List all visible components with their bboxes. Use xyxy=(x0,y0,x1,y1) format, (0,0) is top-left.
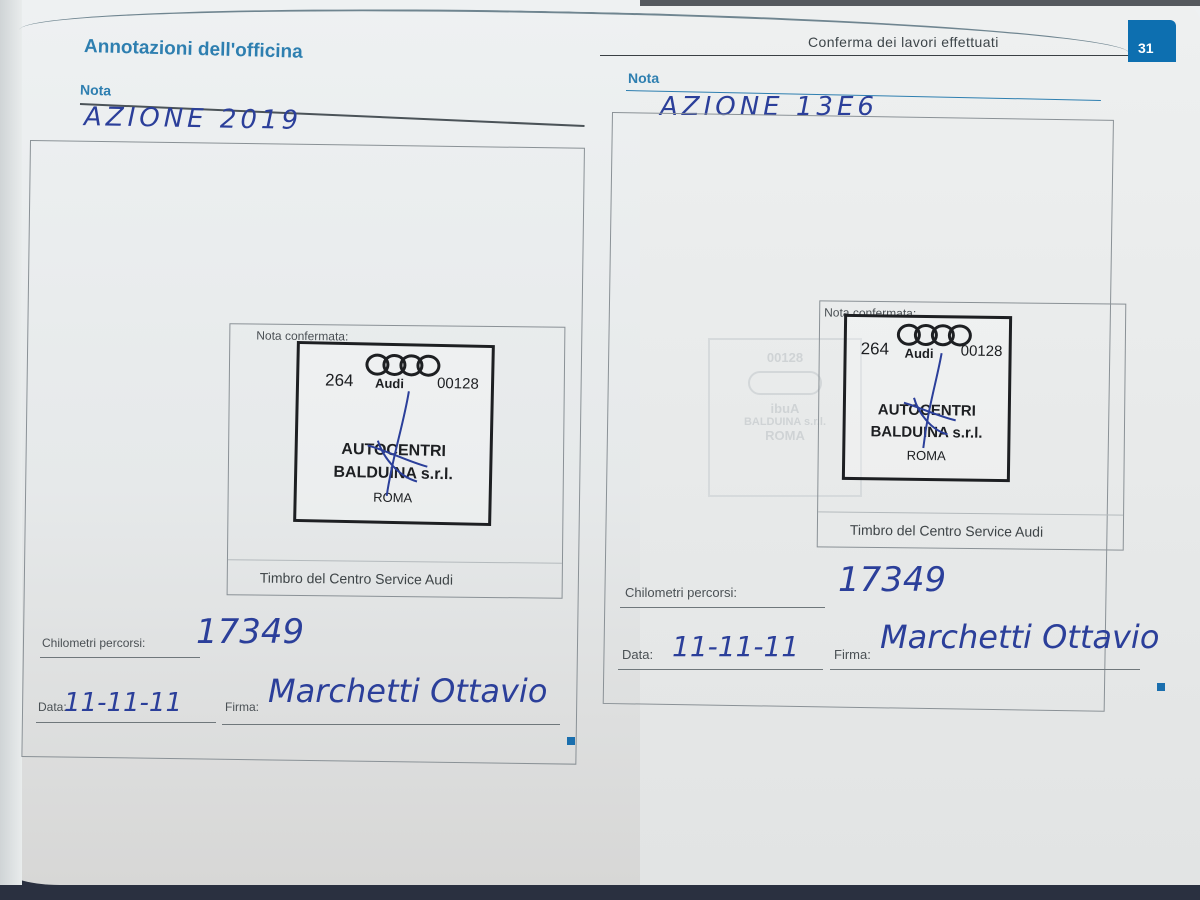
km-label: Chilometri percorsi: xyxy=(42,636,145,650)
signature-underline xyxy=(830,669,1140,670)
signature-underline xyxy=(222,724,560,725)
date-value: 11-11-11 xyxy=(64,688,182,718)
caption-divider xyxy=(818,511,1123,515)
dealer-stamp: 264 Audi 00128 AUTOCENTRI BALDUINA s.r.l… xyxy=(293,341,495,526)
signature-value: Marchetti Ottavio xyxy=(268,672,547,710)
dealer-stamp: 264 Audi 00128 AUTOCENTRI BALDUINA s.r.l… xyxy=(842,314,1012,482)
stamp-caption: Timbro del Centro Service Audi xyxy=(850,522,1043,540)
km-underline xyxy=(40,657,200,658)
stamp-code-right: 00128 xyxy=(961,342,1003,360)
date-label: Data: xyxy=(38,700,67,714)
booklet-page: Annotazioni dell'officina Conferma dei l… xyxy=(0,0,1200,885)
end-marker-icon xyxy=(1157,683,1165,691)
date-label: Data: xyxy=(622,647,653,662)
background-edge xyxy=(640,0,1200,6)
page-number: 31 xyxy=(1138,40,1154,56)
signature-value: Marchetti Ottavio xyxy=(880,618,1159,656)
stamp-code-left: 264 xyxy=(861,339,890,359)
caption-divider xyxy=(228,559,562,563)
header-rule xyxy=(600,55,1130,56)
km-value: 17349 xyxy=(838,560,946,600)
stamp-caption: Timbro del Centro Service Audi xyxy=(260,570,453,588)
signature-label: Firma: xyxy=(225,700,259,714)
initials-scribble-icon xyxy=(346,385,438,507)
date-underline xyxy=(618,669,823,670)
km-underline xyxy=(620,607,825,608)
km-value: 17349 xyxy=(196,612,304,652)
nota-value: AZIONE 2019 xyxy=(84,102,303,136)
signature-label: Firma: xyxy=(834,647,871,662)
end-marker-icon xyxy=(567,737,575,745)
stamp-code-right: 00128 xyxy=(437,375,479,393)
nota-label: Nota xyxy=(80,81,112,98)
page-number-tab: 31 xyxy=(1128,20,1176,62)
running-header: Conferma dei lavori effettuati xyxy=(808,34,999,50)
date-value: 11-11-11 xyxy=(672,630,799,663)
nota-label: Nota xyxy=(628,70,659,86)
date-underline xyxy=(36,722,216,723)
km-label: Chilometri percorsi: xyxy=(625,585,737,600)
audi-rings-icon xyxy=(365,353,440,377)
initials-scribble-icon xyxy=(885,347,967,458)
